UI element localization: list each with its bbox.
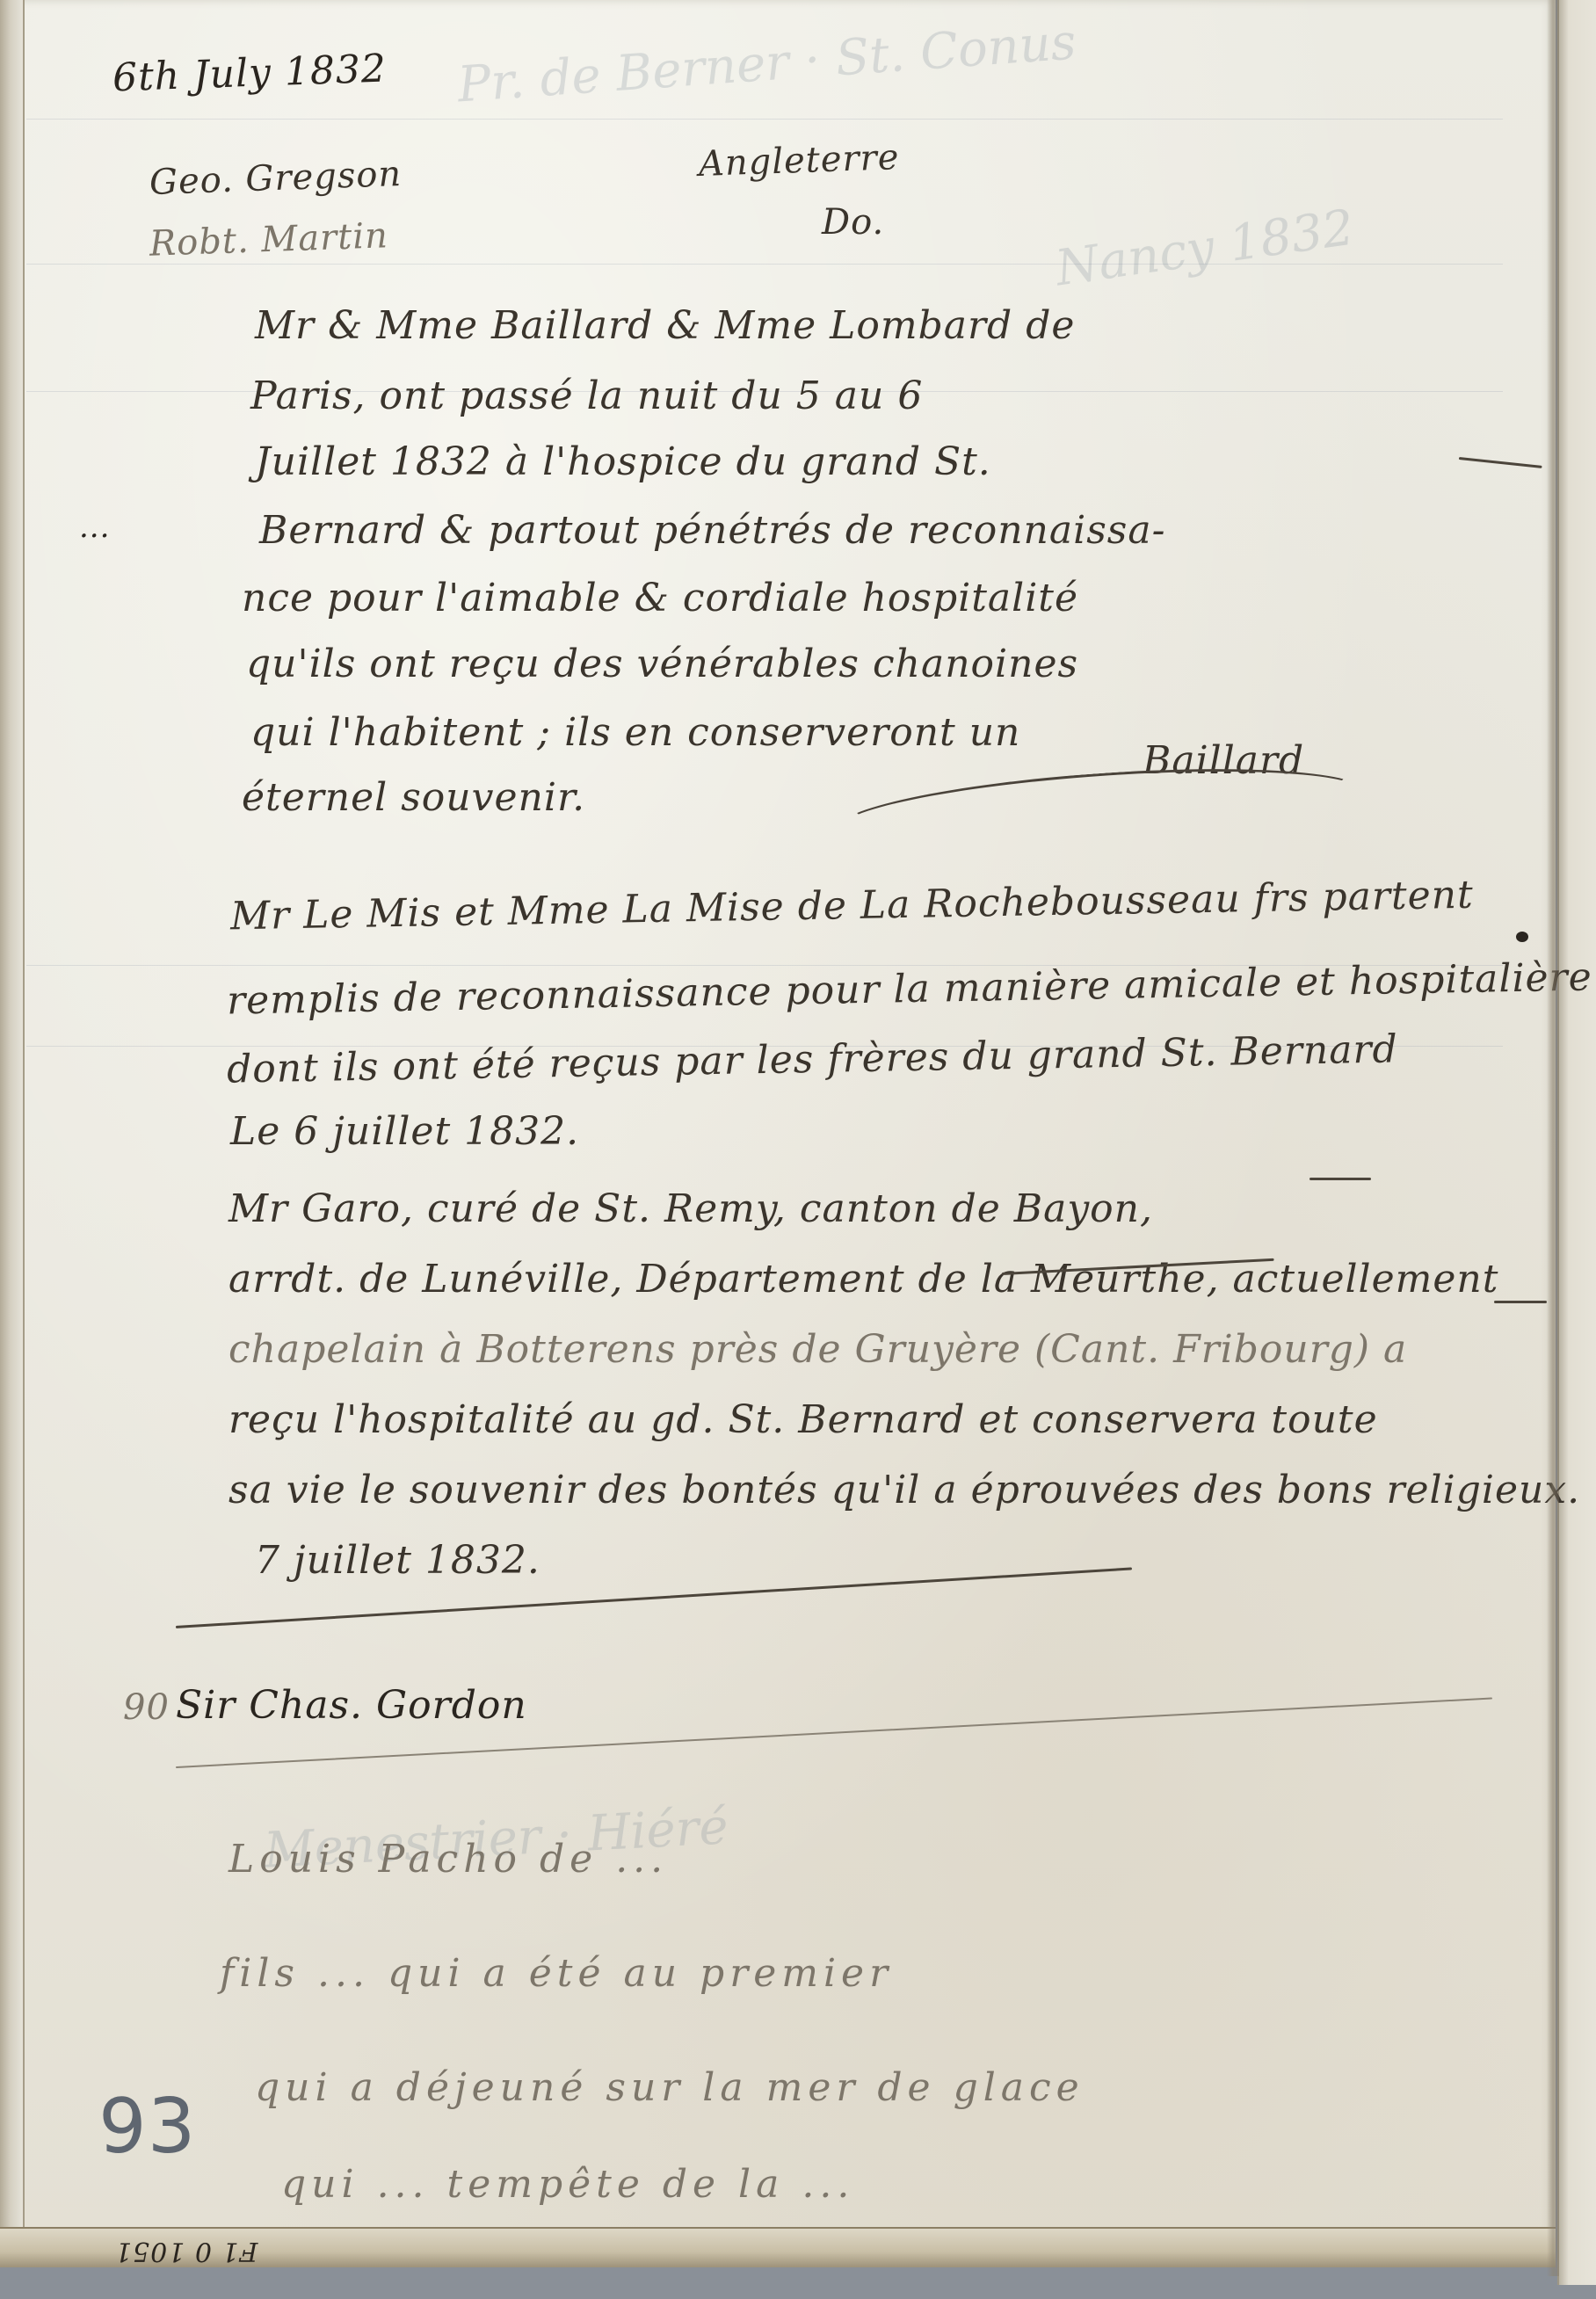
- entry-date: 7 juillet 1832.: [255, 1538, 540, 1583]
- entry-line: Juillet 1832 à l'hospice du grand St.: [255, 439, 991, 484]
- entry-line: Paris, ont passé la nuit du 5 au 6: [250, 373, 923, 418]
- line-end-stroke: [1309, 1178, 1371, 1180]
- entry-line: qui a déjeuné sur la mer de glace: [255, 2065, 1085, 2110]
- entry-line: reçu l'hospitalité au gd. St. Bernard et…: [229, 1397, 1378, 1442]
- margin-number: 90: [123, 1687, 170, 1728]
- visitor-origin-ditto: Do.: [822, 202, 884, 243]
- entry-line: qui ... tempête de la ...: [281, 2162, 854, 2207]
- entry-line: arrdt. de Lunéville, Département de la M…: [229, 1257, 1498, 1302]
- entry-line: dont ils ont été reçus par les frères du…: [227, 1026, 1398, 1091]
- visitor-name: Geo. Gregson: [149, 154, 403, 203]
- register-page: Pr. de Berner · St. Conus Nancy 1832 Men…: [0, 0, 1556, 2267]
- manuscript-spread: Pr. de Berner · St. Conus Nancy 1832 Men…: [0, 0, 1596, 2299]
- entry-line: éternel souvenir.: [242, 775, 585, 820]
- ink-blot: [1516, 932, 1528, 942]
- entry-date: 6th July 1832: [112, 47, 387, 101]
- margin-marks: ...: [79, 510, 110, 545]
- entry-line: Mr Garo, curé de St. Remy, canton de Bay…: [229, 1186, 1153, 1231]
- entry-line: Sir Chas. Gordon: [176, 1683, 527, 1728]
- entry-line: fils ... qui a été au premier: [220, 1951, 893, 1996]
- bleed-through-text: Pr. de Berner · St. Conus: [456, 13, 1078, 113]
- page-number: 93: [98, 2083, 196, 2171]
- entry-line: Bernard & partout pénétrés de reconnaiss…: [259, 508, 1165, 553]
- adjacent-page-edge: [1557, 0, 1596, 2285]
- visitor-origin: Angleterre: [698, 137, 900, 185]
- bleed-through-text: Nancy 1832: [1052, 199, 1358, 298]
- entry-line: qu'ils ont reçu des vénérables chanoines: [246, 642, 1078, 686]
- signature-flourish: [833, 755, 1370, 867]
- page-left-edge: [0, 0, 25, 2267]
- binding-gutter: [1547, 0, 1559, 2276]
- bottom-edge-fragment: F1 0 1051: [114, 2236, 258, 2266]
- page-bottom-edge: F1 0 1051: [0, 2227, 1556, 2267]
- entry-line: qui l'habitent ; ils en conserveront un: [250, 710, 1020, 755]
- entry-line: sa vie le souvenir des bontés qu'il a ép…: [229, 1468, 1580, 1512]
- entry-line: Mr & Mme Baillard & Mme Lombard de: [255, 303, 1075, 348]
- visitor-name: Robt. Martin: [149, 215, 388, 264]
- entry-line: Mr Le Mis et Mme La Mise de La Rochebous…: [230, 873, 1474, 939]
- entry-line: Louis Pacho de ...: [229, 1837, 668, 1882]
- entry-line: Le 6 juillet 1832.: [230, 1109, 579, 1154]
- entry-line: chapelain à Botterens près de Gruyère (C…: [229, 1327, 1407, 1372]
- entry-line: nce pour l'aimable & cordiale hospitalit…: [242, 576, 1078, 620]
- ruled-line: [26, 119, 1503, 120]
- line-end-stroke: [1494, 1301, 1547, 1303]
- line-end-stroke: [1459, 457, 1542, 468]
